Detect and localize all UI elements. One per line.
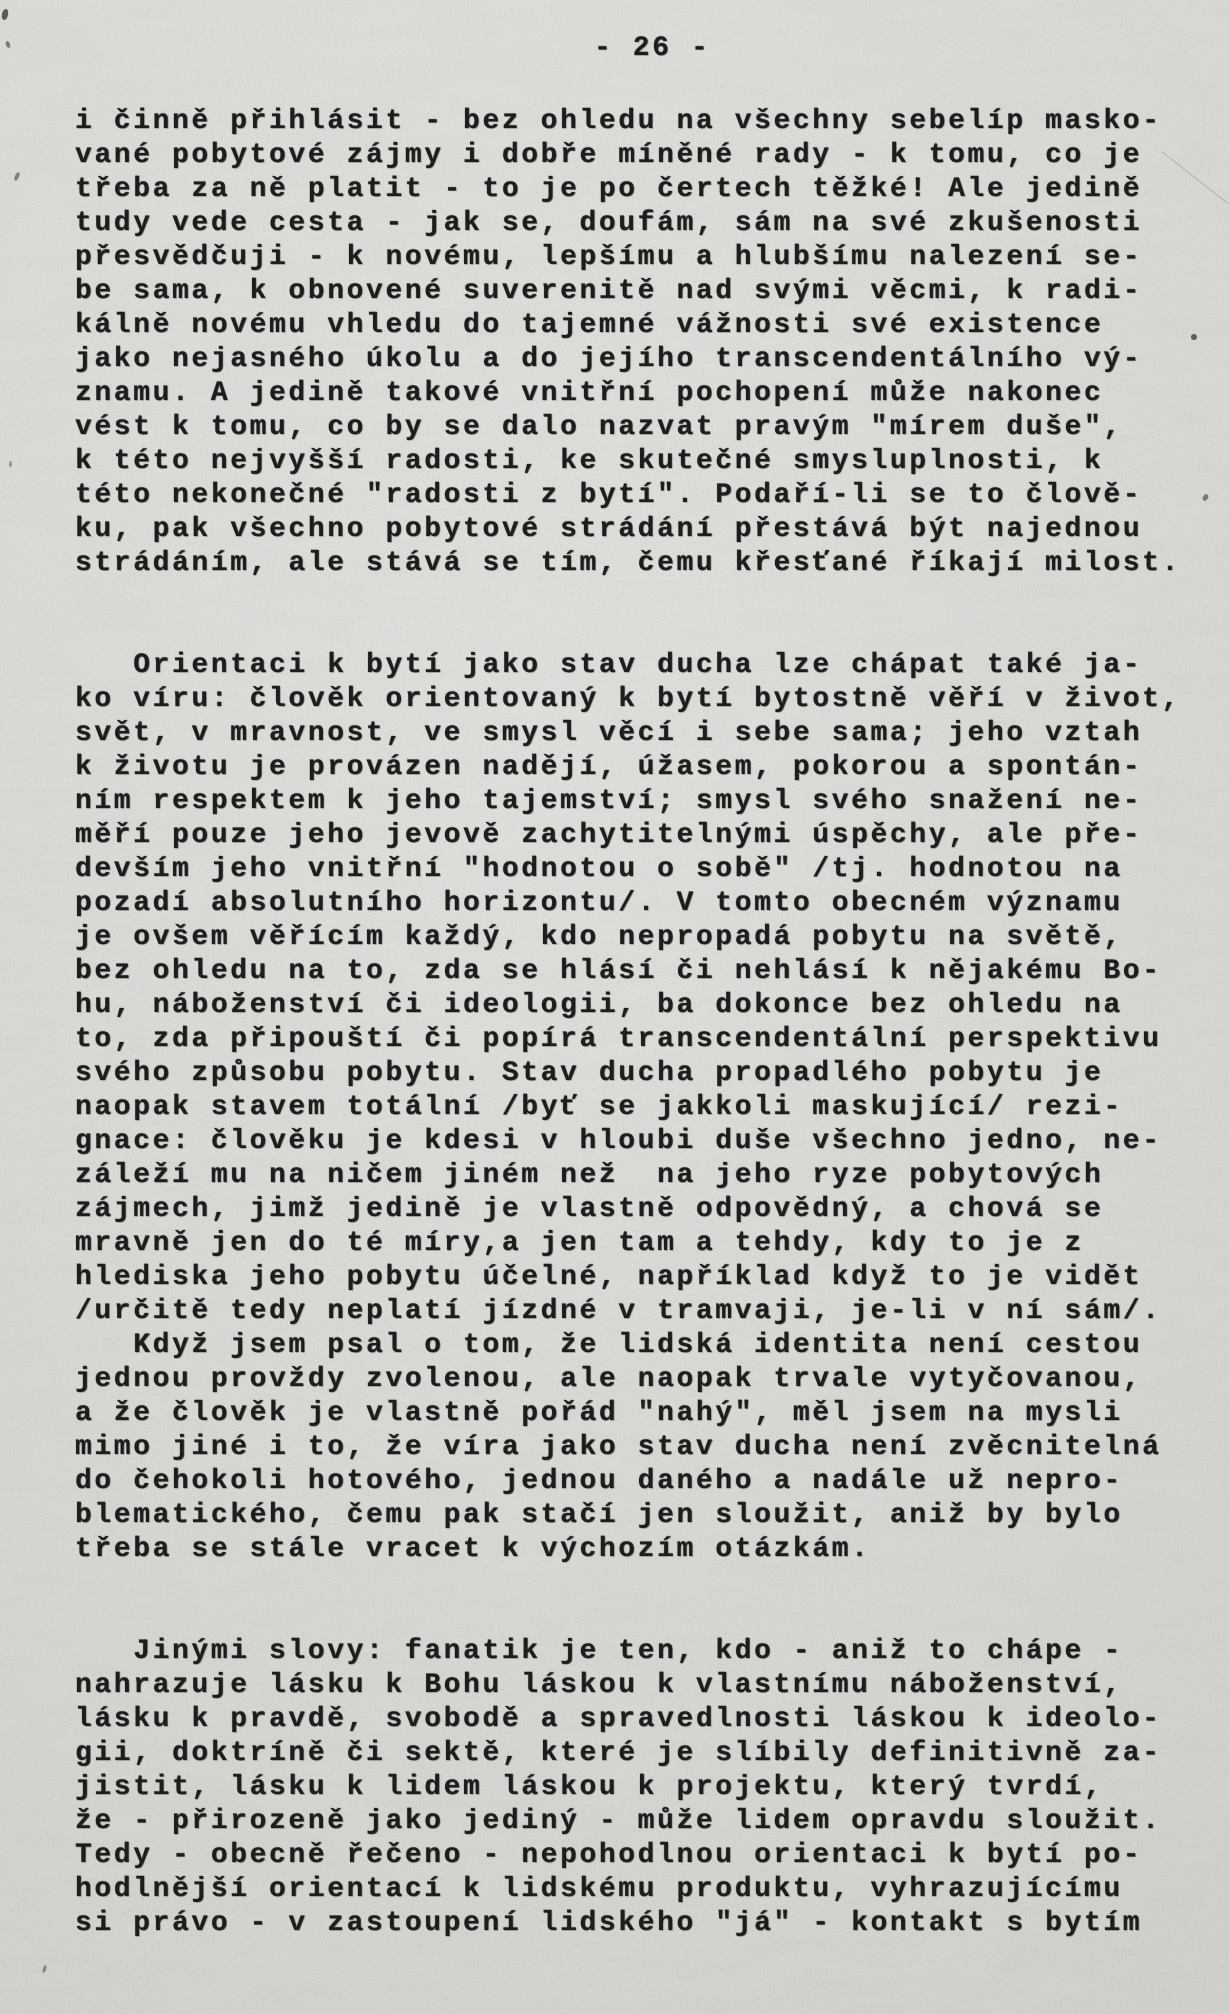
page-number: - 26 - <box>594 33 710 64</box>
ink-speck <box>1 8 9 20</box>
page-content: i činně přihlásit - bez ohledu na všechn… <box>75 105 1205 1941</box>
ink-speck <box>1191 334 1197 340</box>
ink-speck <box>42 1965 47 1974</box>
ink-speck <box>9 461 12 467</box>
ink-speck <box>5 41 11 49</box>
ink-speck <box>13 172 20 182</box>
paragraph-2: Orientaci k bytí jako stav ducha lze chá… <box>75 649 1205 1567</box>
scanned-typescript-page: - 26 - i činně přihlásit - bez ohledu na… <box>0 0 1229 2014</box>
paragraph-3: Jinými slovy: fanatik je ten, kdo - aniž… <box>75 1635 1205 1941</box>
paragraph-1: i činně přihlásit - bez ohledu na všechn… <box>75 105 1205 581</box>
